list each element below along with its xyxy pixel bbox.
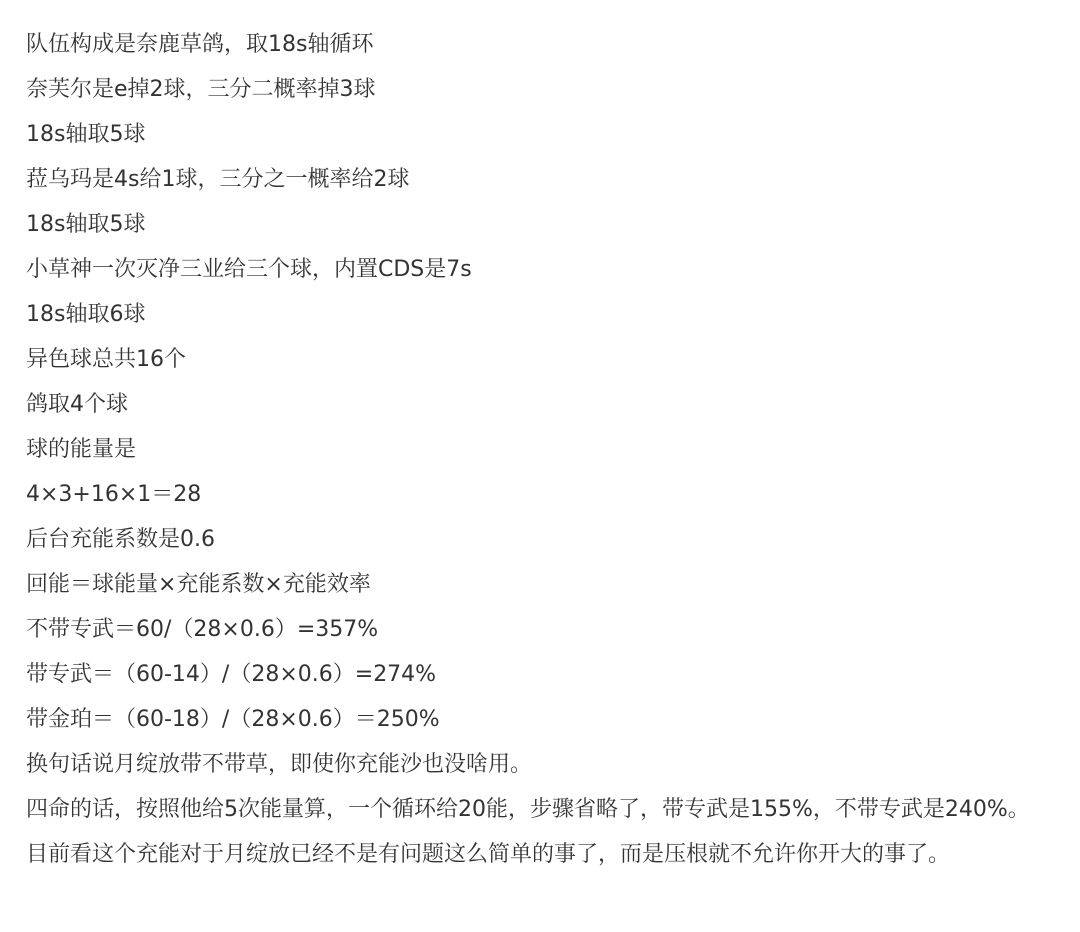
text-line-dove-orbs: 鸽取4个球 [26,382,1080,427]
text-line-orb-energy-label: 球的能量是 [26,427,1080,472]
text-line-lauma-orbs: 18s轴取5球 [26,202,1080,247]
text-line-nefer: 奈芙尔是e掉2球，三分二概率掉3球 [26,67,1080,112]
text-line-offelement-total: 异色球总共16个 [26,337,1080,382]
document-body: 队伍构成是奈鹿草鸽，取18s轴循环 奈芙尔是e掉2球，三分二概率掉3球 18s轴… [0,0,1080,877]
text-line-energy-formula: 回能＝球能量×充能系数×充能效率 [26,562,1080,607]
text-line-final: 目前看这个充能对于月绽放已经不是有问题这么简单的事了，而是压根就不允许你开大的事… [26,832,1080,877]
text-line-golden-amber: 带金珀＝（60-18）/（28×0.6）＝250% [26,697,1080,742]
text-line-team: 队伍构成是奈鹿草鸽，取18s轴循环 [26,22,1080,67]
text-line-orb-energy-formula: 4×3+16×1＝28 [26,472,1080,517]
text-line-signature: 带专武＝（60-14）/（28×0.6）=274% [26,652,1080,697]
text-line-nahida-orbs: 18s轴取6球 [26,292,1080,337]
text-line-conclusion: 换句话说月绽放带不带草，即使你充能沙也没啥用。 [26,742,1080,787]
text-line-offfield-coefficient: 后台充能系数是0.6 [26,517,1080,562]
text-line-nefer-orbs: 18s轴取5球 [26,112,1080,157]
text-line-c4: 四命的话，按照他给5次能量算，一个循环给20能，步骤省略了，带专武是155%，不… [26,787,1066,832]
text-line-nahida: 小草神一次灭净三业给三个球，内置CDS是7s [26,247,1080,292]
text-line-no-signature: 不带专武＝60/（28×0.6）=357% [26,607,1080,652]
text-line-lauma: 菈乌玛是4s给1球，三分之一概率给2球 [26,157,1080,202]
